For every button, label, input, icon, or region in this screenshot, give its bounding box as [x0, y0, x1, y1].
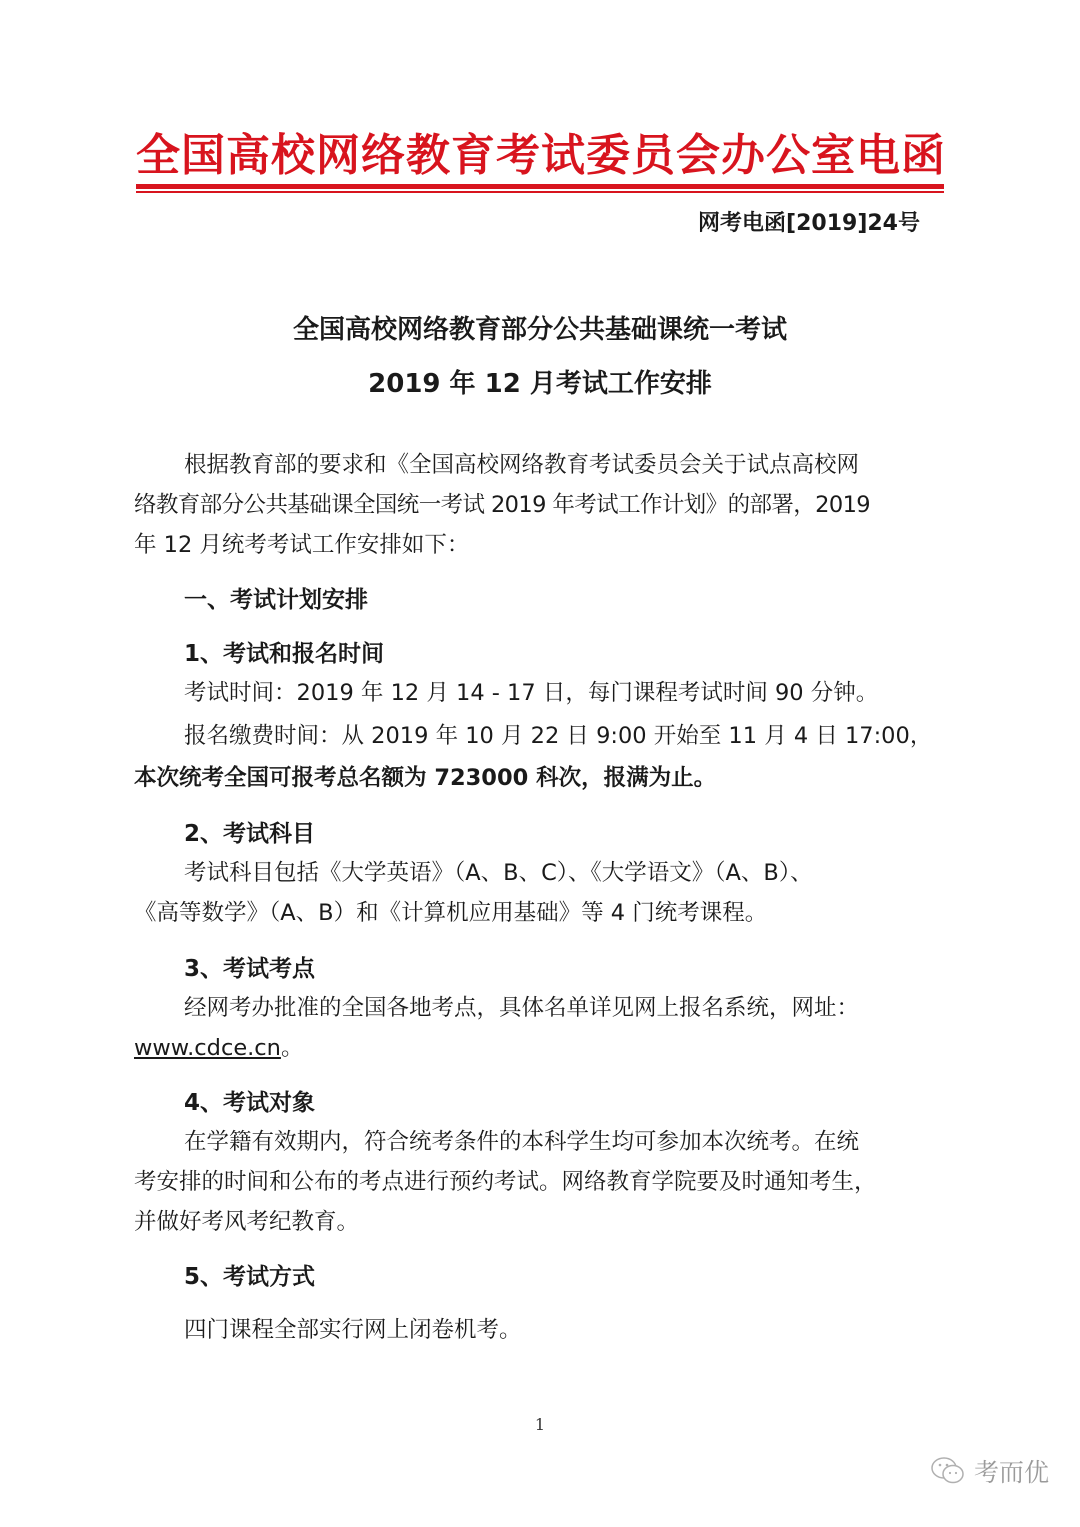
candidates-line-1: 在学籍有效期内，符合统考条件的本科学生均可参加本次统考。在统 — [184, 1124, 859, 1156]
page-number: 1 — [0, 1415, 1080, 1434]
wechat-icon — [930, 1456, 966, 1486]
letterhead-rule-thin — [136, 191, 944, 193]
document-title-line2: 2019 年 12 月考试工作安排 — [0, 363, 1080, 400]
letterhead-title: 全国高校网络教育考试委员会办公室电函 — [136, 128, 944, 184]
subheading-exam-time: 1、考试和报名时间 — [184, 635, 384, 668]
exam-sites-line: 经网考办批准的全国各地考点，具体名单详见网上报名系统，网址： — [184, 990, 859, 1022]
watermark: 考而优 — [930, 1453, 1049, 1489]
quota-line: 本次统考全国可报考总名额为 723000 科次，报满为止。 — [134, 760, 716, 792]
intro-line-2: 络教育部分公共基础课全国统一考试 2019 年考试工作计划》的部署，2019 — [134, 487, 870, 519]
exam-time-line: 考试时间：2019 年 12 月 14 - 17 日，每门课程考试时间 90 分… — [184, 675, 878, 707]
document-number: 网考电函[2019]24号 — [698, 206, 920, 237]
subheading-exam-method: 5、考试方式 — [184, 1258, 315, 1291]
subheading-subjects: 2、考试科目 — [184, 815, 315, 848]
intro-line-1: 根据教育部的要求和《全国高校网络教育考试委员会关于试点高校网 — [184, 447, 859, 479]
letterhead-rule-thick — [136, 184, 944, 189]
subheading-exam-sites: 3、考试考点 — [184, 950, 315, 983]
exam-method-line: 四门课程全部实行网上闭卷机考。 — [184, 1312, 522, 1344]
subjects-line-2: 《高等数学》（A、B）和《计算机应用基础》等 4 门统考课程。 — [134, 895, 767, 927]
watermark-text: 考而优 — [974, 1453, 1049, 1489]
subheading-candidates: 4、考试对象 — [184, 1084, 315, 1117]
candidates-line-3: 并做好考风考纪教育。 — [134, 1204, 359, 1236]
url-suffix: 。 — [281, 1035, 304, 1061]
candidates-line-2: 考安排的时间和公布的考点进行预约考试。网络教育学院要及时通知考生， — [134, 1164, 877, 1196]
intro-line-3: 年 12 月统考考试工作安排如下： — [134, 527, 469, 559]
subjects-line-1: 考试科目包括《大学英语》（A、B、C）、《大学语文》（A、B）、 — [184, 855, 813, 887]
document-title-line1: 全国高校网络教育部分公共基础课统一考试 — [0, 309, 1080, 346]
cdce-link[interactable]: www.cdce.cn — [134, 1035, 281, 1061]
registration-time-line: 报名缴费时间：从 2019 年 10 月 22 日 9:00 开始至 11 月 … — [184, 718, 932, 750]
section-heading-1: 一、考试计划安排 — [184, 581, 368, 614]
exam-sites-url-line: www.cdce.cn。 — [134, 1030, 303, 1062]
